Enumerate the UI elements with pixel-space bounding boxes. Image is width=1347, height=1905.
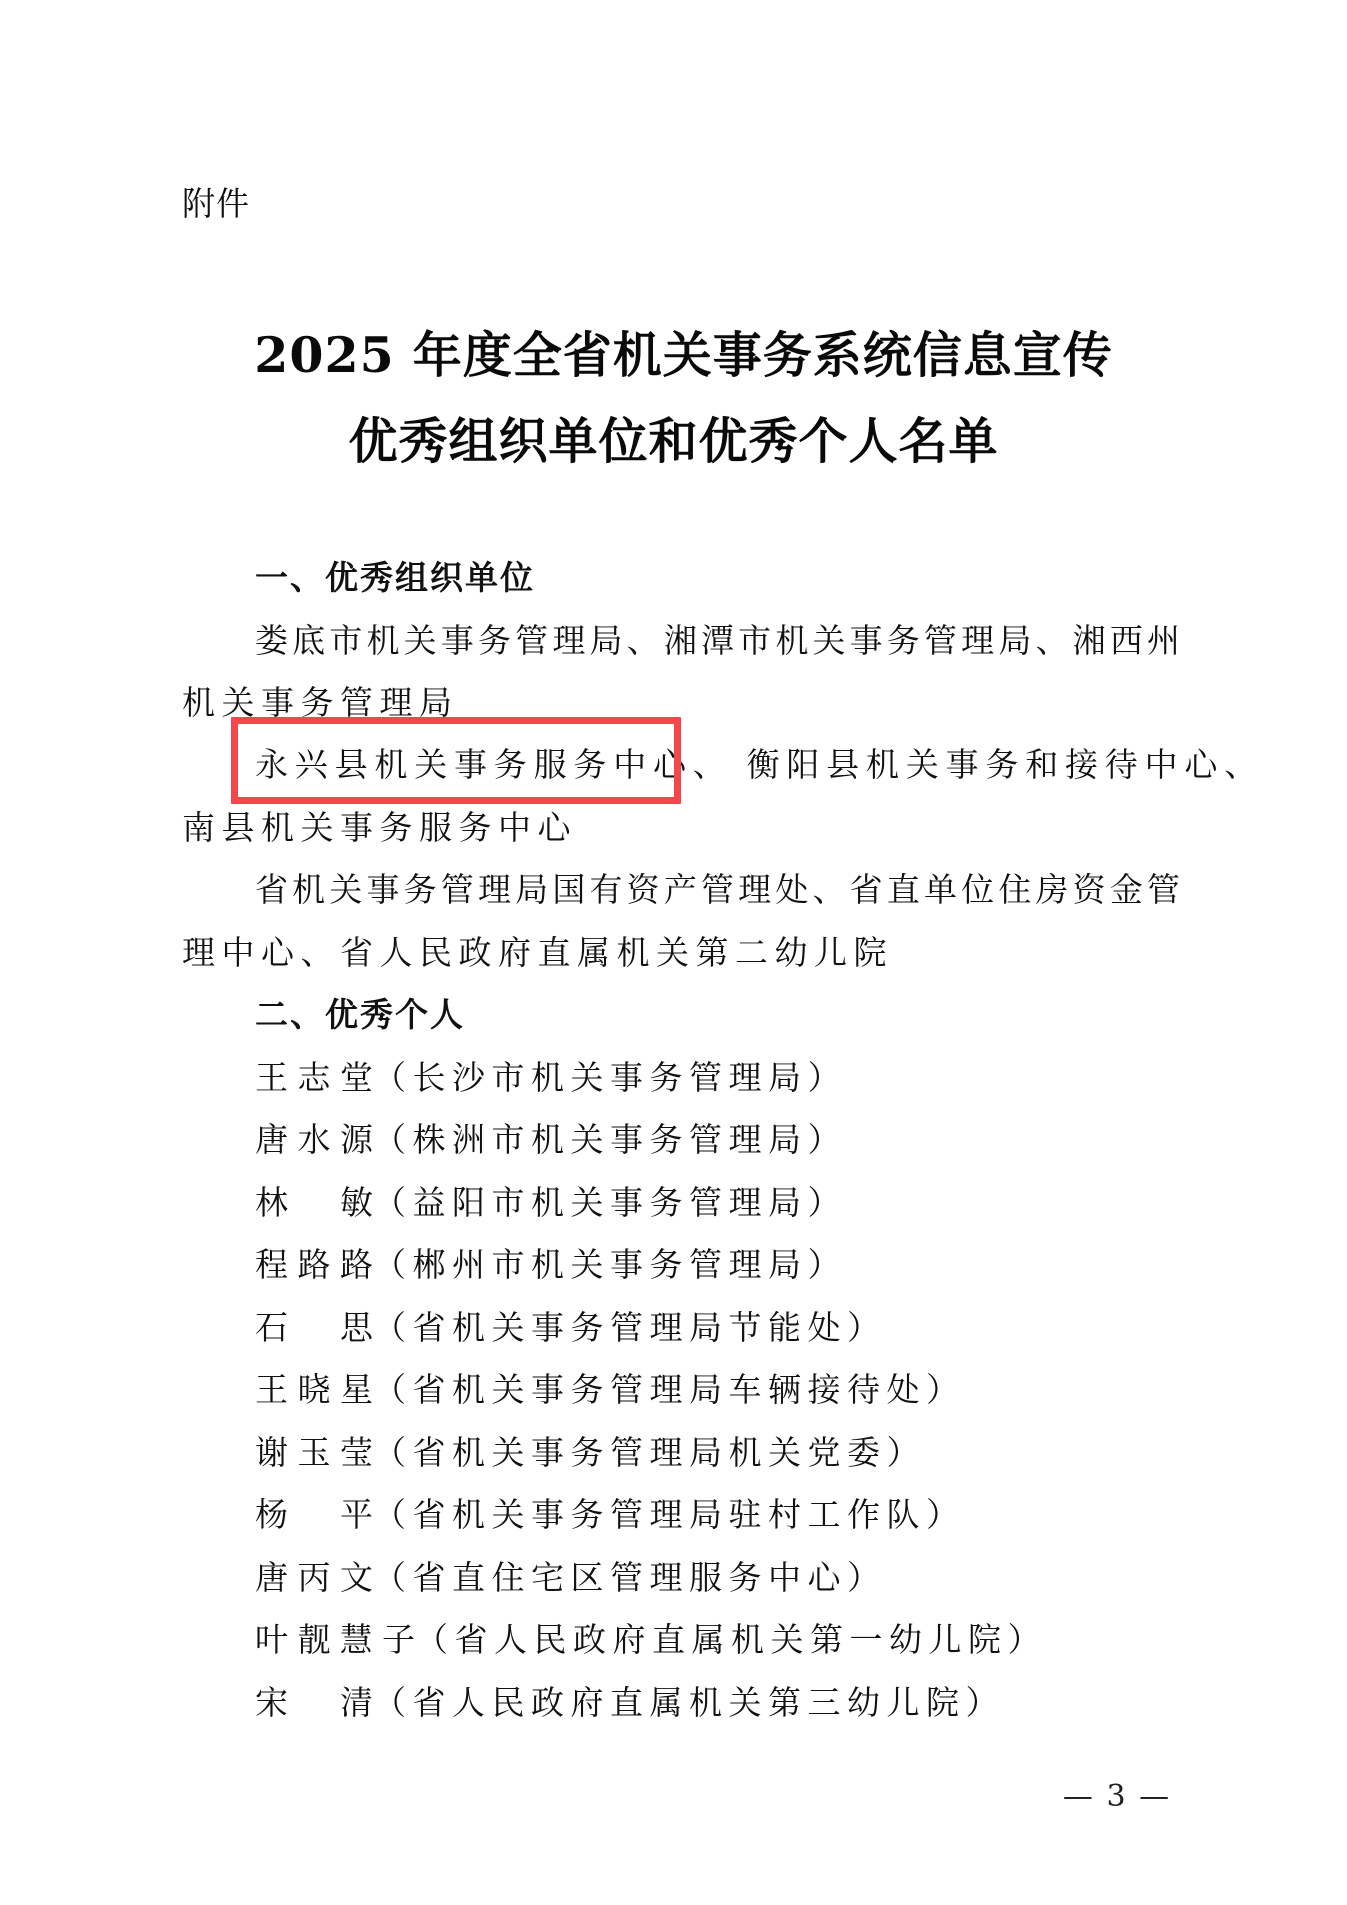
page-number: — 3 — bbox=[1058, 1777, 1176, 1817]
person-organization: （益阳市机关事务管理局） bbox=[373, 1183, 847, 1222]
person-name: 王志堂 bbox=[255, 1056, 373, 1100]
document-title-line-1: 2025 年度全省机关事务系统信息宣传 bbox=[0, 325, 1347, 385]
units-paragraph-2-line-1: 永兴县机关事务服务中心、衡阳县机关事务和接待中心、 bbox=[255, 743, 1180, 787]
person-name: 程路路 bbox=[255, 1243, 373, 1287]
person-name: 石思 bbox=[255, 1306, 373, 1350]
person-organization: （郴州市机关事务管理局） bbox=[373, 1245, 847, 1284]
section-heading-individuals: 二、优秀个人 bbox=[255, 993, 1180, 1037]
person-name: 王晓星 bbox=[255, 1368, 373, 1412]
person-organization: （省机关事务管理局车辆接待处） bbox=[373, 1370, 966, 1409]
person-row: 王晓星（省机关事务管理局车辆接待处） bbox=[255, 1368, 1180, 1412]
section-heading-units: 一、优秀组织单位 bbox=[255, 556, 1180, 600]
person-name: 唐水源 bbox=[255, 1118, 373, 1162]
person-row: 谢玉莹（省机关事务管理局机关党委） bbox=[255, 1431, 1180, 1475]
person-row: 程路路（郴州市机关事务管理局） bbox=[255, 1243, 1180, 1287]
person-organization: （省机关事务管理局驻村工作队） bbox=[373, 1495, 966, 1534]
attachment-label: 附件 bbox=[182, 182, 250, 226]
person-organization: （省人民政府直属机关第三幼儿院） bbox=[373, 1683, 1005, 1722]
units-paragraph-3-line-2: 理中心、省人民政府直属机关第二幼儿院 bbox=[182, 931, 1182, 975]
units-paragraph-3-line-1: 省机关事务管理局国有资产管理处、省直单位住房资金管 bbox=[255, 868, 1180, 912]
person-row: 唐丙文（省直住宅区管理服务中心） bbox=[255, 1556, 1180, 1600]
person-name: 谢玉莹 bbox=[255, 1431, 373, 1475]
person-row: 杨平（省机关事务管理局驻村工作队） bbox=[255, 1493, 1180, 1537]
units-paragraph-2-line-2: 南县机关事务服务中心 bbox=[182, 806, 1182, 850]
person-organization: （省人民政府直属机关第一幼儿院） bbox=[415, 1620, 1047, 1659]
person-organization: （省机关事务管理局机关党委） bbox=[373, 1433, 926, 1472]
person-row: 林敏（益阳市机关事务管理局） bbox=[255, 1181, 1180, 1225]
units-paragraph-1-line-2: 机关事务管理局 bbox=[182, 681, 1182, 725]
person-name: 杨平 bbox=[255, 1493, 373, 1537]
highlighted-unit: 永兴县机关事务服务中心、 bbox=[255, 745, 733, 784]
person-name: 叶靓慧子 bbox=[255, 1618, 415, 1662]
person-organization: （省直住宅区管理服务中心） bbox=[373, 1558, 887, 1597]
document-title-line-2: 优秀组织单位和优秀个人名单 bbox=[0, 411, 1347, 471]
document-page: 附件 2025 年度全省机关事务系统信息宣传 优秀组织单位和优秀个人名单 一、优… bbox=[0, 0, 1347, 1905]
person-row: 王志堂（长沙市机关事务管理局） bbox=[255, 1056, 1180, 1100]
person-name: 唐丙文 bbox=[255, 1556, 373, 1600]
person-organization: （省机关事务管理局节能处） bbox=[373, 1308, 887, 1347]
units-paragraph-1-line-1: 娄底市机关事务管理局、湘潭市机关事务管理局、湘西州 bbox=[255, 619, 1180, 663]
person-row: 叶靓慧子（省人民政府直属机关第一幼儿院） bbox=[255, 1618, 1180, 1662]
person-name: 宋清 bbox=[255, 1681, 373, 1725]
person-row: 石思（省机关事务管理局节能处） bbox=[255, 1306, 1180, 1350]
person-row: 宋清（省人民政府直属机关第三幼儿院） bbox=[255, 1681, 1180, 1725]
unit-text: 衡阳县机关事务和接待中心、 bbox=[747, 745, 1264, 784]
person-organization: （长沙市机关事务管理局） bbox=[373, 1058, 847, 1097]
person-name: 林敏 bbox=[255, 1181, 373, 1225]
person-row: 唐水源（株洲市机关事务管理局） bbox=[255, 1118, 1180, 1162]
person-organization: （株洲市机关事务管理局） bbox=[373, 1120, 847, 1159]
